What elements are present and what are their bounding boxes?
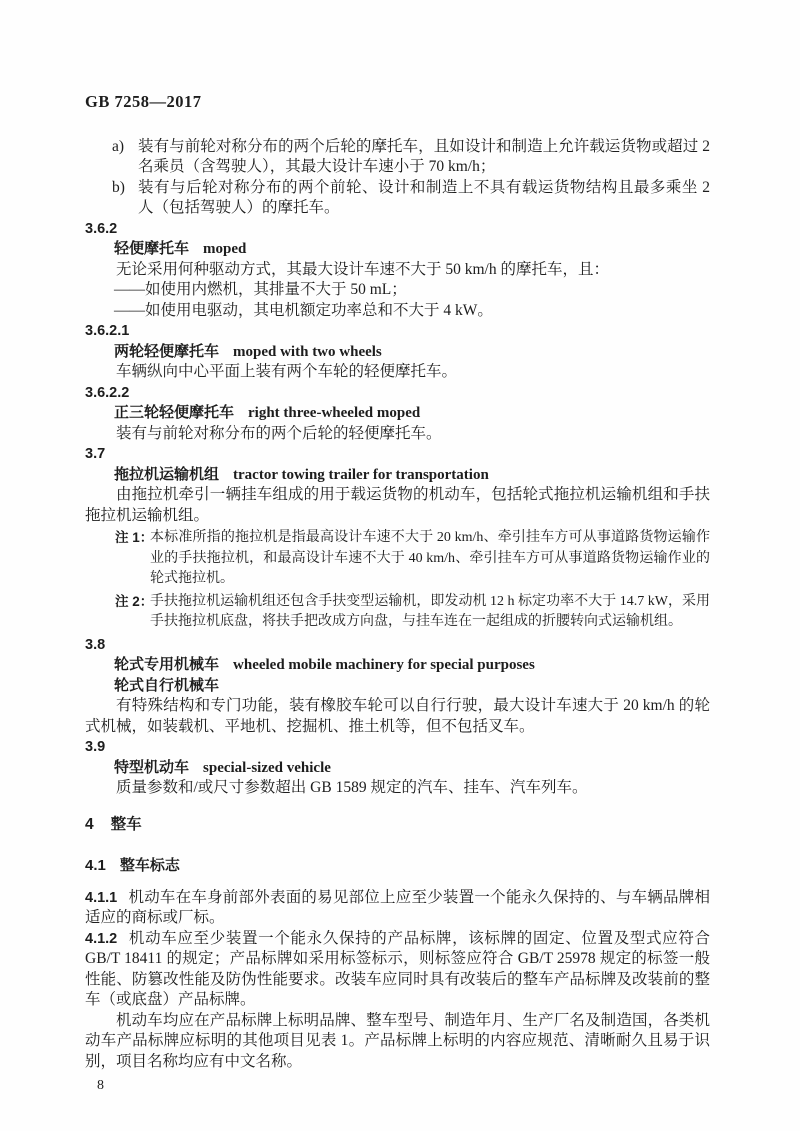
term-definition-line: 轮式自行机械车 (114, 676, 710, 697)
note-label: 注 1： (115, 528, 153, 549)
clause-number: 3.8 (85, 635, 710, 656)
clause-number: 3.6.2 (85, 219, 710, 240)
list-item: b)装有与后轮对称分布的两个前轮、设计和制造上不具有载运货物结构且最多乘坐 2 … (85, 178, 710, 219)
list-item-label: a) (112, 137, 124, 158)
clause-paragraph-number: 4.1.1 (85, 890, 117, 906)
term-english: moped with two wheels (233, 344, 382, 360)
clause-paragraph-text: 机动车应至少装置一个能永久保持的产品标牌，该标牌的固定、位置及型式应符合 GB/… (85, 930, 710, 1009)
list-item-text: 装有与后轮对称分布的两个前轮、设计和制造上不具有载运货物结构且最多乘坐 2 人（… (138, 179, 710, 217)
list-item-text: 装有与前轮对称分布的两个后轮的摩托车，且如设计和制造上允许载运货物或超过 2 名… (138, 138, 710, 176)
subsection-heading: 4.1整车标志 (85, 856, 710, 877)
subsection-title: 整车标志 (120, 857, 180, 874)
page-number: 8 (97, 1076, 710, 1097)
paragraph: 有特殊结构和专门功能，装有橡胶车轮可以自行行驶，最大设计车速大于 20 km/h… (85, 696, 710, 737)
term-chinese: 轮式自行机械车 (114, 677, 219, 694)
standard-code-header: GB 7258—2017 (85, 92, 710, 113)
section-heading: 4整车 (85, 815, 710, 836)
term-definition-line: 拖拉机运输机组tractor towing trailer for transp… (114, 465, 710, 486)
term-english: right three-wheeled moped (248, 405, 420, 421)
paragraph: 质量参数和/或尺寸参数超出 GB 1589 规定的汽车、挂车、汽车列车。 (85, 778, 710, 799)
term-chinese: 正三轮轻便摩托车 (114, 404, 234, 421)
document-body: a)装有与前轮对称分布的两个后轮的摩托车，且如设计和制造上允许载运货物或超过 2… (85, 137, 710, 1073)
paragraph: 无论采用何种驱动方式，其最大设计车速不大于 50 km/h 的摩托车，且： (85, 260, 710, 281)
section-title: 整车 (111, 816, 142, 833)
subsection-number: 4.1 (85, 857, 106, 874)
paragraph: 装有与前轮对称分布的两个后轮的轻便摩托车。 (85, 424, 710, 445)
term-definition-line: 正三轮轻便摩托车right three-wheeled moped (114, 403, 710, 424)
list-item: a)装有与前轮对称分布的两个后轮的摩托车，且如设计和制造上允许载运货物或超过 2… (85, 137, 710, 178)
standard-document-page: GB 7258—2017 a)装有与前轮对称分布的两个后轮的摩托车，且如设计和制… (0, 0, 800, 1131)
clause-paragraph-text: 机动车在车身前部外表面的易见部位上应至少装置一个能永久保持的、与车辆品牌相适应的… (85, 889, 710, 927)
clause-number: 3.9 (85, 737, 710, 758)
term-chinese: 两轮轻便摩托车 (114, 343, 219, 360)
term-definition-line: 两轮轻便摩托车moped with two wheels (114, 342, 710, 363)
paragraph: 机动车均应在产品标牌上标明品牌、整车型号、制造年月、生产厂名及制造国，各类机动车… (85, 1011, 710, 1073)
note-text: 手扶拖拉机运输机组还包含手扶变型运输机，即发动机 12 h 标定功率不大于 14… (150, 594, 710, 630)
clause-number: 3.7 (85, 444, 710, 465)
term-chinese: 拖拉机运输机组 (114, 466, 219, 483)
term-chinese: 轮式专用机械车 (114, 656, 219, 673)
term-english: special-sized vehicle (203, 760, 331, 776)
clause-paragraph-number: 4.1.2 (85, 931, 117, 947)
term-chinese: 特型机动车 (114, 759, 189, 776)
term-definition-line: 轻便摩托车moped (114, 239, 710, 260)
clause-number: 3.6.2.2 (85, 383, 710, 404)
paragraph: 车辆纵向中心平面上装有两个车轮的轻便摩托车。 (85, 362, 710, 383)
list-item-label: b) (112, 178, 125, 199)
term-english: moped (203, 241, 246, 257)
paragraph: 由拖拉机牵引一辆挂车组成的用于载运货物的机动车，包括轮式拖拉机运输机组和手扶拖拉… (85, 485, 710, 526)
dash-list-item: ——如使用内燃机，其排量不大于 50 mL； (114, 280, 710, 301)
term-english: tractor towing trailer for transportatio… (233, 467, 489, 483)
clause-number: 3.6.2.1 (85, 321, 710, 342)
note: 注 1：本标准所指的拖拉机是指最高设计车速不大于 20 km/h、牵引挂车方可从… (85, 528, 710, 590)
clause-paragraph: 4.1.1机动车在车身前部外表面的易见部位上应至少装置一个能永久保持的、与车辆品… (85, 888, 710, 929)
dash-list-item: ——如使用电驱动，其电机额定功率总和不大于 4 kW。 (114, 301, 710, 322)
term-definition-line: 特型机动车special-sized vehicle (114, 758, 710, 779)
term-definition-line: 轮式专用机械车wheeled mobile machinery for spec… (114, 655, 710, 676)
note-text: 本标准所指的拖拉机是指最高设计车速不大于 20 km/h、牵引挂车方可从事道路货… (150, 530, 710, 586)
clause-paragraph: 4.1.2机动车应至少装置一个能永久保持的产品标牌，该标牌的固定、位置及型式应符… (85, 929, 710, 1011)
section-number: 4 (85, 816, 94, 833)
term-english: wheeled mobile machinery for special pur… (233, 657, 535, 673)
note-label: 注 2： (115, 592, 153, 613)
note: 注 2：手扶拖拉机运输机组还包含手扶变型运输机，即发动机 12 h 标定功率不大… (85, 592, 710, 633)
term-chinese: 轻便摩托车 (114, 240, 189, 257)
